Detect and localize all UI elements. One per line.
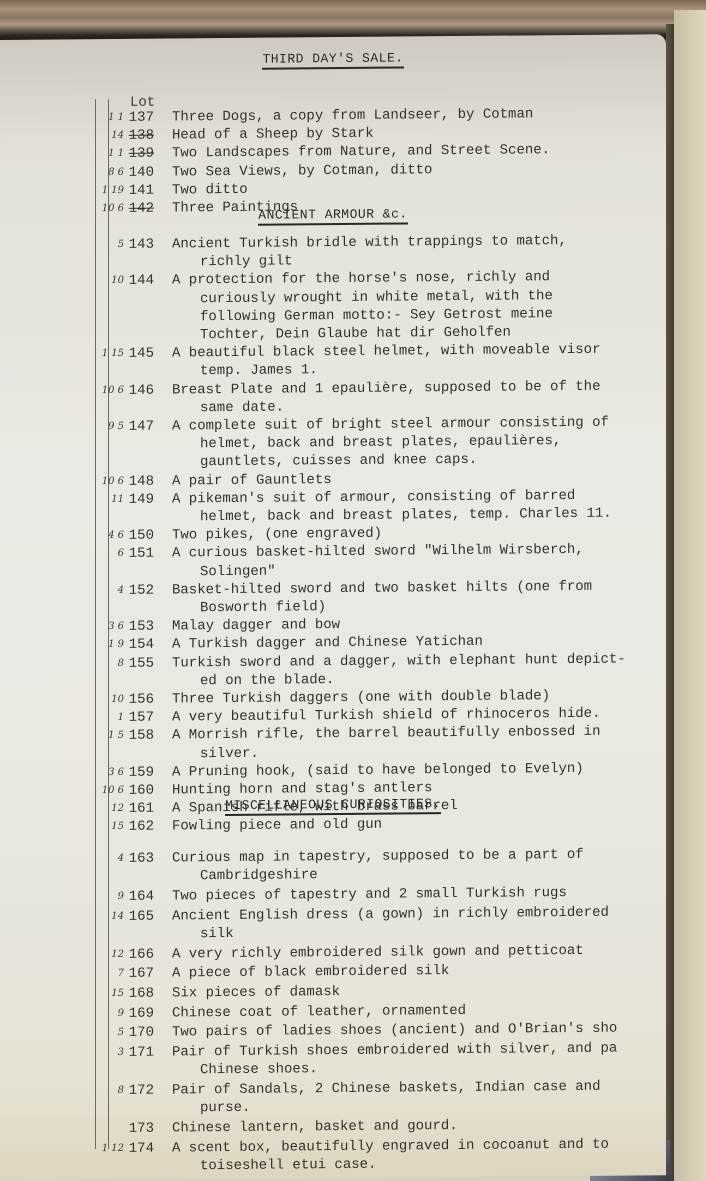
handwritten-price: 1: [76, 712, 124, 723]
lot-number: 148: [122, 473, 154, 489]
lot-description: A Morrish rifle, the barrel beautifully …: [172, 724, 600, 744]
handwritten-price: 4: [76, 853, 124, 864]
lot-description: Bosworth field): [200, 599, 326, 616]
lot-description: richly gilt: [200, 254, 292, 271]
handwritten-price: 3 6: [76, 621, 124, 632]
lot-number: 143: [122, 237, 154, 253]
lot-description: Three Turkish daggers (one with double b…: [172, 688, 550, 707]
handwritten-price: 9: [76, 891, 124, 902]
lot-number: 150: [122, 528, 154, 544]
page-edge-shadow: [666, 24, 674, 1181]
handwritten-price: 6: [76, 548, 124, 559]
lot-description: Two Sea Views, by Cotman, ditto: [172, 162, 432, 180]
lot-description: helmet, back and breast plates, temp. Ch…: [200, 506, 612, 526]
lot-description: Two ditto: [172, 182, 248, 199]
handwritten-price: 9: [76, 1008, 124, 1019]
lot-description: Pair of Turkish shoes embroidered with s…: [172, 1041, 617, 1061]
handwritten-price: 14: [76, 911, 124, 922]
lot-description: toiseshell etui case.: [200, 1156, 376, 1174]
lot-number: 170: [122, 1025, 154, 1041]
lot-number: 138: [122, 128, 154, 144]
handwritten-price: 1 15: [76, 348, 124, 359]
lot-description: Chinese lantern, basket and gourd.: [172, 1118, 458, 1136]
catalogue-page: THIRD DAY'S SALE. Lot 1 1137Three Dogs, …: [0, 34, 666, 1181]
lot-description: Ancient English dress (a gown) in richly…: [172, 904, 609, 924]
lot-description: A scent box, beautifully engraved in coc…: [172, 1136, 609, 1156]
handwritten-price: 10 6: [76, 385, 124, 396]
handwritten-price: 15: [76, 988, 124, 999]
lot-number: 169: [122, 1005, 154, 1021]
handwritten-price: 1 1: [76, 112, 124, 123]
lot-number: 172: [122, 1083, 154, 1099]
lot-description: Head of a Sheep by Stark: [172, 126, 374, 144]
lot-number: 151: [122, 546, 154, 562]
handwritten-price: 3: [76, 1047, 124, 1058]
handwritten-price: 12: [76, 948, 124, 959]
lot-description: Solingen": [200, 563, 276, 580]
lot-description: silk: [200, 926, 234, 942]
lot-number: 144: [122, 273, 154, 289]
handwritten-price: 10 6: [76, 785, 124, 796]
handwritten-price: 1 1: [76, 148, 124, 159]
handwritten-price: 5: [76, 1027, 124, 1038]
lot-number: 167: [122, 966, 154, 982]
handwritten-price: 4 6: [76, 530, 124, 541]
lot-description: Three Dogs, a copy from Landseer, by Cot…: [172, 106, 533, 125]
lot-description: A complete suit of bright steel armour c…: [172, 415, 609, 435]
lot-number: 152: [122, 582, 154, 598]
lot-description: A curious basket-hilted sword "Wilhelm W…: [172, 542, 584, 562]
lot-description: A pikeman's suit of armour, consisting o…: [172, 488, 575, 508]
lot-number: 153: [122, 619, 154, 635]
lot-number: 162: [122, 819, 154, 835]
lot-number: 171: [122, 1045, 154, 1061]
handwritten-price: 14: [76, 130, 124, 141]
lot-number: 154: [122, 637, 154, 653]
handwritten-price: 8 6: [76, 167, 124, 178]
lot-number: 149: [122, 491, 154, 507]
lot-description: Breast Plate and 1 epaulière, supposed t…: [172, 378, 600, 398]
handwritten-price: 10: [76, 694, 124, 705]
lot-description: Fowling piece and old gun: [172, 817, 382, 835]
lot-number: 163: [122, 851, 154, 867]
lot-number: 145: [122, 346, 154, 362]
lot-number: 155: [122, 655, 154, 671]
lot-description: A beautiful black steel helmet, with mov…: [172, 342, 600, 362]
lot-description: Two pikes, (one engraved): [172, 526, 382, 544]
lot-description: Malay dagger and bow: [172, 617, 340, 634]
handwritten-price: 4: [76, 585, 124, 596]
lot-description: helmet, back and breast plates, epaulièr…: [200, 433, 561, 452]
adjacent-page: [674, 10, 706, 1181]
lot-description: Two pairs of ladies shoes (ancient) and …: [172, 1021, 617, 1041]
lot-number: 159: [122, 764, 154, 780]
handwritten-price: 7: [76, 968, 124, 979]
lot-description: Basket-hilted sword and two basket hilts…: [172, 579, 592, 599]
lot-number: 137: [122, 110, 154, 126]
handwritten-price: 11: [76, 494, 124, 505]
lot-number: 164: [122, 889, 154, 905]
lot-description: following German motto:- Sey Getrost mei…: [200, 306, 553, 325]
lot-number: 174: [122, 1140, 154, 1156]
lot-description: Two pieces of tapestry and 2 small Turki…: [172, 885, 567, 904]
lot-description: Six pieces of damask: [172, 984, 340, 1001]
lot-number: 165: [122, 908, 154, 924]
handwritten-price: 5: [76, 239, 124, 250]
lot-number: 147: [122, 419, 154, 435]
handwritten-price: 9 5: [76, 421, 124, 432]
lot-number: 168: [122, 986, 154, 1002]
lot-number: 140: [122, 164, 154, 180]
handwritten-price: 1 9: [76, 639, 124, 650]
lot-description: Turkish sword and a dagger, with elephan…: [172, 651, 626, 671]
lot-description: Cambridgeshire: [200, 867, 318, 884]
lot-number: 156: [122, 692, 154, 708]
lot-description: temp. James 1.: [200, 363, 318, 380]
lot-number: 166: [122, 946, 154, 962]
lot-description: Curious map in tapestry, supposed to be …: [172, 847, 584, 867]
page-title: THIRD DAY'S SALE.: [0, 48, 666, 69]
lot-number: 158: [122, 728, 154, 744]
handwritten-price: 15: [76, 821, 124, 832]
lot-description: A Turkish dagger and Chinese Yatichan: [172, 634, 483, 653]
handwritten-price: 1 12: [76, 1142, 124, 1153]
lot-number: 173: [122, 1120, 154, 1136]
lot-number: 157: [122, 710, 154, 726]
handwritten-price: 1 5: [76, 730, 124, 741]
handwritten-price: 8: [76, 658, 124, 669]
lot-description: Tochter, Dein Glaube hat dir Geholfen: [200, 325, 511, 344]
lot-description: same date.: [200, 399, 284, 416]
lot-description: A piece of black embroidered silk: [172, 963, 449, 981]
lot-description: Pair of Sandals, 2 Chinese baskets, Indi…: [172, 1079, 600, 1099]
lot-number: 146: [122, 382, 154, 398]
lot-description: Two Landscapes from Nature, and Street S…: [172, 143, 550, 162]
lot-description: A pair of Gauntlets: [172, 472, 332, 489]
lot-description: silver.: [200, 745, 259, 762]
lot-description: A protection for the horse's nose, richl…: [172, 270, 550, 289]
handwritten-price: 8: [76, 1085, 124, 1096]
lot-description: curiously wrought in white metal, with t…: [200, 288, 553, 307]
lot-description: Ancient Turkish bridle with trappings to…: [172, 233, 567, 252]
lot-description: purse.: [200, 1100, 250, 1116]
handwritten-price: 10: [76, 275, 124, 286]
lot-number: 160: [122, 783, 154, 799]
lot-column-header: Lot: [130, 95, 155, 111]
lot-description: ed on the blade.: [200, 672, 334, 689]
lot-description: A very beautiful Turkish shield of rhino…: [172, 706, 600, 726]
handwritten-price: 1 19: [76, 185, 124, 196]
lot-number: 141: [122, 182, 154, 198]
lot-description: A Pruning hook, (said to have belonged t…: [172, 761, 584, 781]
handwritten-price: 10 6: [76, 476, 124, 487]
lot-description: Chinese coat of leather, ornamented: [172, 1003, 466, 1022]
lot-description: gauntlets, cuisses and knee caps.: [200, 452, 477, 470]
lot-number: 139: [122, 146, 154, 162]
handwritten-price: 3 6: [76, 767, 124, 778]
lot-description: A very richly embroidered silk gown and …: [172, 942, 584, 962]
lot-description: Chinese shoes.: [200, 1061, 318, 1078]
